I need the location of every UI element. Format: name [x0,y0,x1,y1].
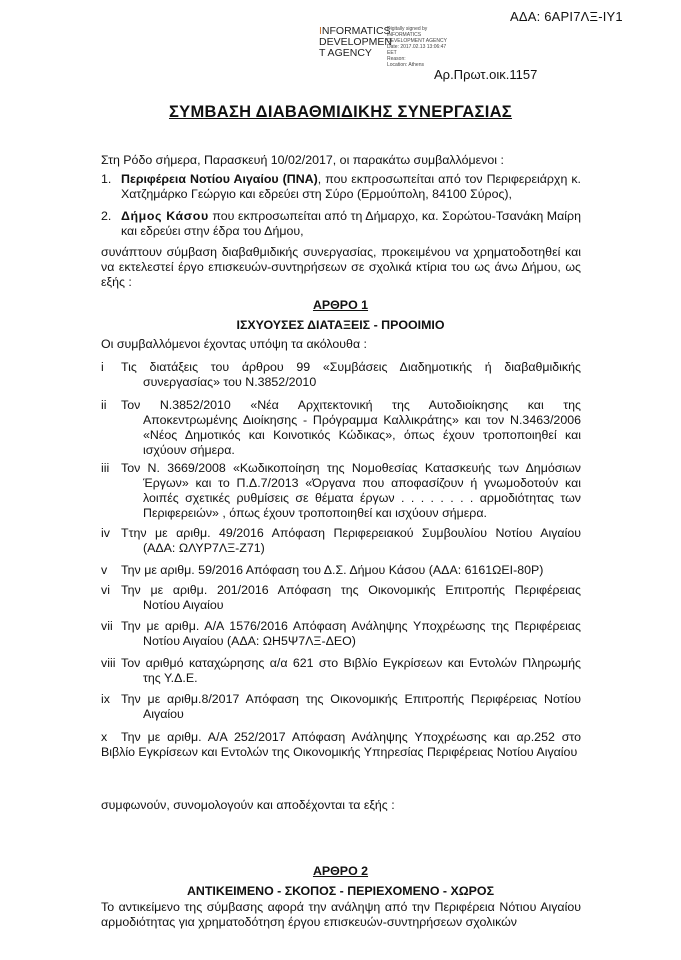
provision-item: viiΤην με αριθμ. Α/Α 1576/2016 Απόφαση Α… [101,619,581,649]
provision-marker: iii [101,461,109,476]
party-name: Δήμος Κάσου [121,209,209,223]
provision-item: ixΤην με αριθμ.8/2017 Απόφαση της Οικονο… [101,692,581,722]
article-1-subheading: ΙΣΧΥΟΥΣΕΣ ΔΙΑΤΑΞΕΙΣ - ΠΡΟΟΙΜΙΟ [0,318,681,332]
article-1-heading: ΑΡΘΡΟ 1 [0,298,681,312]
provision-text: Την με αριθμ. Α/Α 1576/2016 Απόφαση Ανάλ… [121,619,581,634]
party-number: 2. [101,209,111,224]
provision-text-continued: Έργων» και το Π.Δ.7/2013 «Όργανα που απο… [143,476,581,521]
intro-text: Στη Ρόδο σήμερα, Παρασκευή 10/02/2017, ο… [101,153,581,168]
provision-text: Την με αριθμ. 201/2016 Απόφαση της Οικον… [121,583,581,598]
article-2-heading: ΑΡΘΡΟ 2 [0,864,681,878]
provision-text: Τις διατάξεις του άρθρου 99 «Συμβάσεις Δ… [121,360,581,375]
provision-text-continued: συνεργασίας» του Ν.3852/2010 [143,375,581,390]
provision-text-continued: Νοτίου Αιγαίου (ΑΔΑ: ΩΗ5Ψ7ΛΞ-ΔΕΟ) [143,634,581,649]
party-2: 2. Δήμος Κάσου που εκπροσωπείται από τη … [101,209,581,239]
provision-marker: vii [101,619,113,634]
provision-marker: vi [101,583,110,598]
provision-item: vΤην με αριθμ. 59/2016 Απόφαση του Δ.Σ. … [101,563,581,578]
provision-marker: ii [101,398,107,413]
provision-marker: i [101,360,104,375]
provision-text: Τον Ν.3852/2010 «Νέα Αρχιτεκτονική της Α… [121,398,581,413]
provision-text-continued: της Υ.Δ.Ε. [143,671,581,686]
provision-text-continued: Νοτίου Αιγαίου [143,598,581,613]
provision-text: Την με αριθμ. Α/Α 252/2017 Απόφαση Ανάλη… [121,730,581,745]
provision-text: Τον Ν. 3669/2008 «Κωδικοποίηση της Νομοθ… [121,461,581,476]
signature-organization: INFORMATICS DEVELOPMEN T AGENCY [319,26,392,59]
document-title: ΣΥΜΒΑΣΗ ΔΙΑΒΑΘΜΙΔΙΚΗΣ ΣΥΝΕΡΓΑΣΙΑΣ [0,103,681,122]
signature-org-line: T AGENCY [319,48,392,59]
provision-marker: v [101,563,107,578]
purpose-text: συνάπτουν σύμβαση διαβαθμιδικής συνεργασ… [101,245,581,290]
protocol-number: Αρ.Πρωτ.οικ.1157 [434,67,537,82]
provision-item: iiΤον Ν.3852/2010 «Νέα Αρχιτεκτονική της… [101,398,581,458]
provision-item: viiiΤον αριθμό καταχώρησης α/α 621 στο Β… [101,656,581,686]
article-1-lead: Οι συμβαλλόμενοι έχοντας υπόψη τα ακόλου… [101,337,581,352]
provision-marker: viii [101,656,115,671]
provision-marker: ix [101,692,110,707]
provision-text: Την με αριθμ. 59/2016 Απόφαση του Δ.Σ. Δ… [121,563,581,578]
provision-text-continued: Αποκεντρωμένης Διοίκησης - Πρόγραμμα Καλ… [143,413,581,458]
provision-item: iiiΤον Ν. 3669/2008 «Κωδικοποίηση της Νο… [101,461,581,521]
provision-item: iΤις διατάξεις του άρθρου 99 «Συμβάσεις … [101,360,581,390]
party-1: 1. Περιφέρεια Νοτίου Αιγαίου (ΠΝΑ), που … [101,172,581,202]
party-name: Περιφέρεια Νοτίου Αιγαίου (ΠΝΑ) [121,172,318,186]
provision-text: Ττην με αριθμ. 49/2016 Απόφαση Περιφερει… [121,526,581,541]
provision-text-continued: (ΑΔΑ: ΩΛΥΡ7ΛΞ-Ζ71) [143,541,581,556]
article-2-text: Το αντικείμενο της σύμβασης αφορά την αν… [101,900,581,930]
ada-code: ΑΔΑ: 6ΑΡΙ7ΛΞ-ΙΥ1 [510,9,623,24]
agreement-text: συμφωνούν, συνομολογούν και αποδέχονται … [101,798,581,813]
provision-marker: iv [101,526,110,541]
provision-item: ivΤτην με αριθμ. 49/2016 Απόφαση Περιφερ… [101,526,581,556]
provision-text: Την με αριθμ.8/2017 Απόφαση της Οικονομι… [121,692,581,707]
provision-text-continued: Βιβλίο Εγκρίσεων και Εντολών της Οικονομ… [101,745,581,760]
provision-item: xΤην με αριθμ. Α/Α 252/2017 Απόφαση Ανάλ… [101,730,581,760]
provision-item: viΤην με αριθμ. 201/2016 Απόφαση της Οικ… [101,583,581,613]
provision-marker: x [101,730,107,745]
provision-text-continued: Αιγαίου [143,707,581,722]
digital-signature-details: Digitally signed by INFORMATICS DEVELOPM… [387,26,447,68]
party-number: 1. [101,172,111,187]
provision-text: Τον αριθμό καταχώρησης α/α 621 στο Βιβλί… [121,656,581,671]
article-2-subheading: ΑΝΤΙΚΕΙΜΕΝΟ - ΣΚΟΠΟΣ - ΠΕΡΙΕΧΟΜΕΝΟ - ΧΩΡ… [0,884,681,898]
